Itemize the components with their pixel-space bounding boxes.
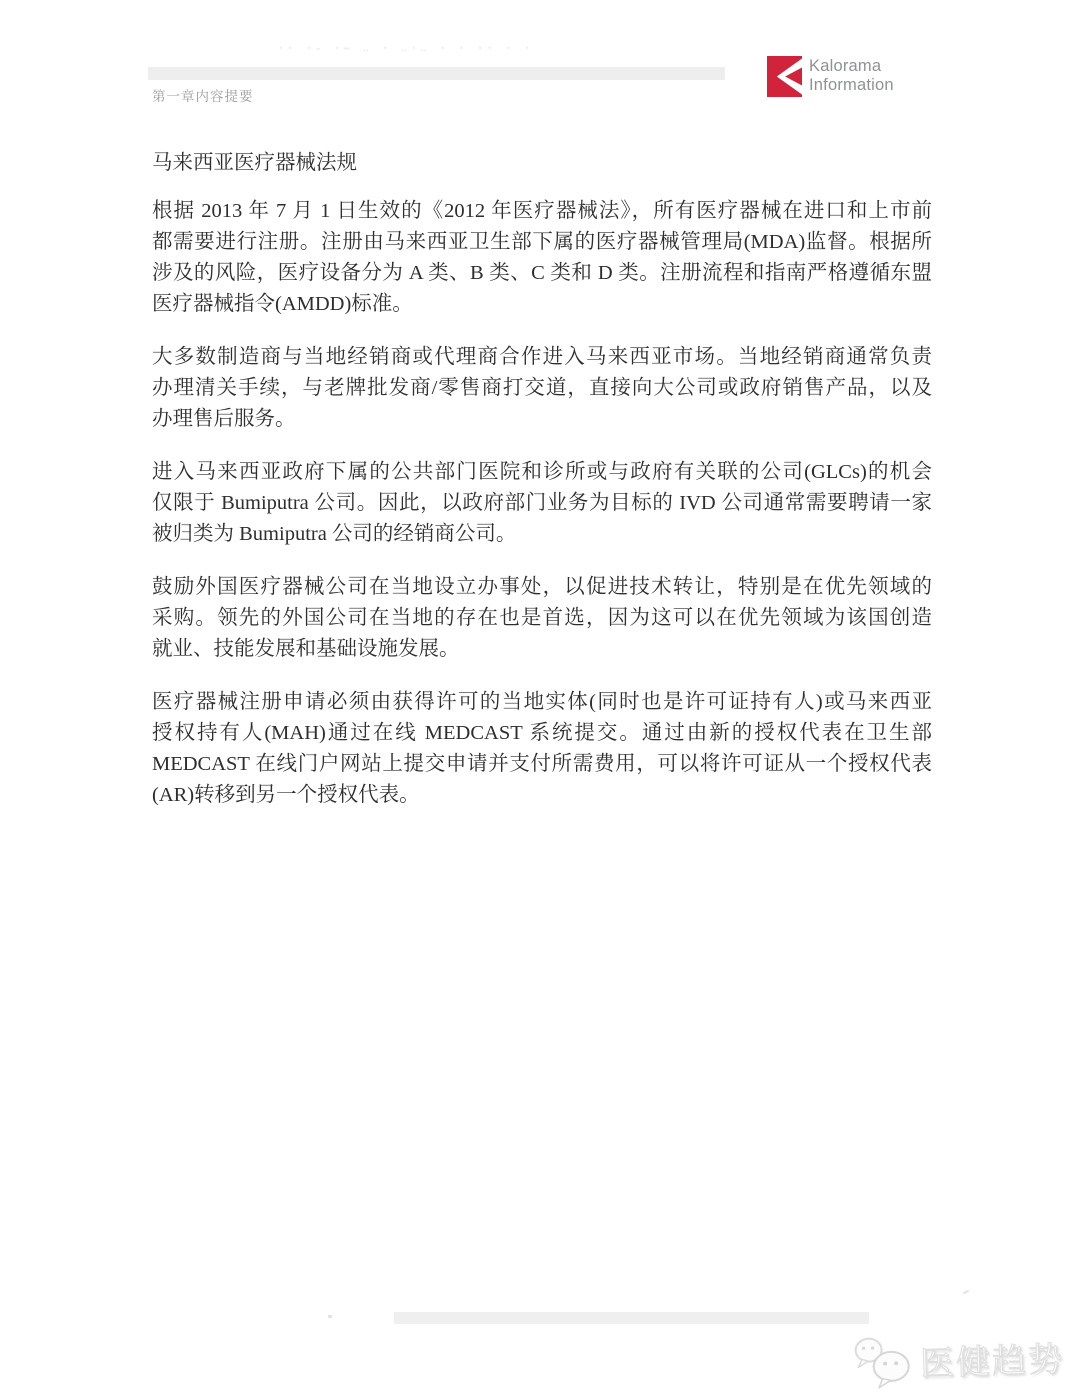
paragraph: 医疗器械注册申请必须由获得许可的当地实体(同时也是许可证持有人)或马来西亚授权持… [152,687,932,811]
footer-speck [963,1290,969,1295]
text-line: 涉及的风险，医疗设备分为 A 类、B 类、C 类和 D 类。注册流程和指南严格遵… [152,258,932,289]
watermark-label: 医健趋势 [919,1331,1065,1385]
wechat-bubbles-icon [851,1332,915,1392]
brand-name-line2: Information [809,76,894,95]
document-page: ·· ·‐ ·― ‥ · ‥·‥ · · ·· · · 第一章内容提要 Kalo… [0,0,1080,1396]
brand-name: Kalorama Information [809,57,894,94]
kalorama-logo-icon [767,56,802,97]
text-line: 被归类为 Bumiputra 公司的经销商公司。 [152,519,932,550]
paragraph: 大多数制造商与当地经销商或代理商合作进入马来西亚市场。当地经销商通常负责办理清关… [152,342,932,435]
text-line: 办理售后服务。 [152,404,932,435]
text-line: 都需要进行注册。注册由马来西亚卫生部下属的医疗器械管理局(MDA)监督。根据所 [152,227,932,258]
text-line: 就业、技能发展和基础设施发展。 [152,634,932,665]
text-line: (AR)转移到另一个授权代表。 [152,780,932,811]
paragraphs: 根据 2013 年 7 月 1 日生效的《2012 年医疗器械法》，所有医疗器械… [152,196,932,811]
watermark: 医健趋势 [851,1322,1068,1395]
text-line: 进入马来西亚政府下属的公共部门医院和诊所或与政府有关联的公司(GLCs)的机会 [152,457,932,488]
text-line: 采购。领先的外国公司在当地的存在也是首选，因为这可以在优先领域为该国创造 [152,603,932,634]
chapter-header-label: 第一章内容提要 [152,88,254,106]
footer-divider-bar [394,1312,869,1324]
paragraph: 根据 2013 年 7 月 1 日生效的《2012 年医疗器械法》，所有医疗器械… [152,196,932,320]
text-line: 医疗器械注册申请必须由获得许可的当地实体(同时也是许可证持有人)或马来西亚 [152,687,932,718]
text-line: 根据 2013 年 7 月 1 日生效的《2012 年医疗器械法》，所有医疗器械… [152,196,932,227]
document-body: 马来西亚医疗器械法规 根据 2013 年 7 月 1 日生效的《2012 年医疗… [152,148,932,833]
document-title: 马来西亚医疗器械法规 [152,148,932,179]
brand-name-line1: Kalorama [809,57,894,76]
footer-speck [328,1315,332,1318]
text-line: 鼓励外国医疗器械公司在当地设立办事处，以促进技术转让，特别是在优先领域的 [152,572,932,603]
text-line: 仅限于 Bumiputra 公司。因此，以政府部门业务为目标的 IVD 公司通常… [152,488,932,519]
header-divider-bar [148,67,725,80]
paragraph: 鼓励外国医疗器械公司在当地设立办事处，以促进技术转让，特别是在优先领域的采购。领… [152,572,932,665]
faded-header-artifact: ·· ·‐ ·― ‥ · ‥·‥ · · ·· · · [278,44,608,60]
text-line: 大多数制造商与当地经销商或代理商合作进入马来西亚市场。当地经销商通常负责 [152,342,932,373]
text-line: 医疗器械指令(AMDD)标准。 [152,289,932,320]
text-line: 授权持有人(MAH)通过在线 MEDCAST 系统提交。通过由新的授权代表在卫生… [152,718,932,749]
text-line: MEDCAST 在线门户网站上提交申请并支付所需费用，可以将许可证从一个授权代表 [152,749,932,780]
paragraph: 进入马来西亚政府下属的公共部门医院和诊所或与政府有关联的公司(GLCs)的机会仅… [152,457,932,550]
text-line: 办理清关手续，与老牌批发商/零售商打交道，直接向大公司或政府销售产品，以及 [152,373,932,404]
